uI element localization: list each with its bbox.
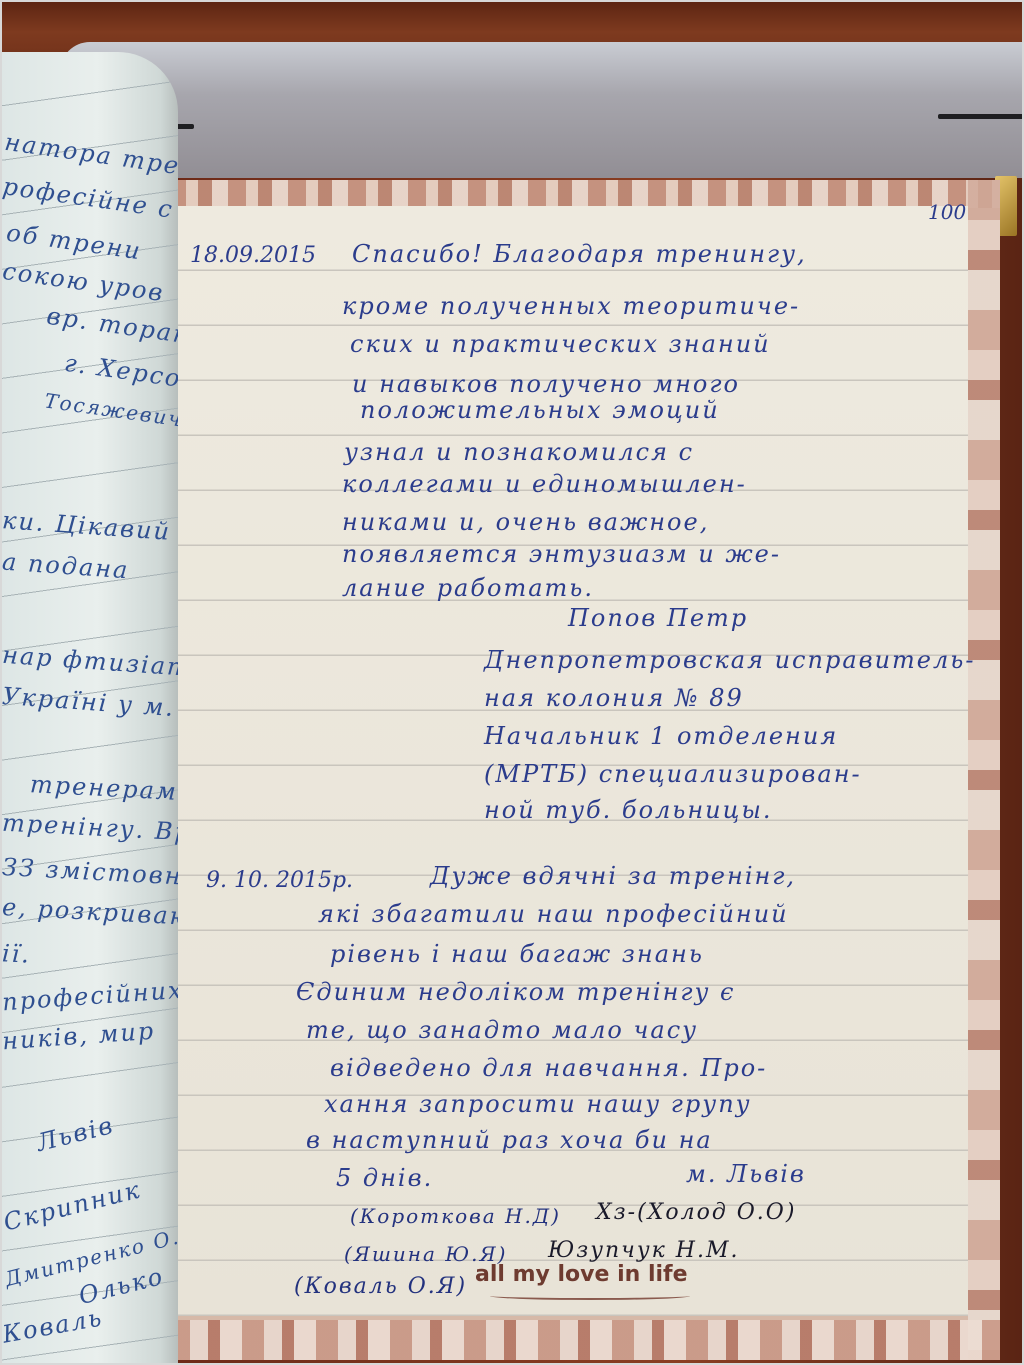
entry2-line: Єдиним недоліком тренінгу є [296, 978, 736, 1006]
entry1-line: появляется энтузиазм и же- [342, 540, 781, 568]
entry2-line: 5 днів. [336, 1164, 433, 1192]
entry1-line: положительных эмоций [360, 396, 720, 424]
left-fragment: г. Херсон [63, 349, 178, 396]
left-fragment: нар фтизіатр [1, 641, 178, 683]
entry1-line: узнал и познакомился с [344, 438, 694, 466]
entry2-city: м. Львів [686, 1160, 806, 1188]
left-fragment: ників, мир [1, 1017, 156, 1056]
entry2-line: рівень і наш багаж знань [330, 940, 704, 968]
entry2-line: в наступний раз хоча би на [306, 1126, 713, 1154]
signature: (Короткова Н.Д) [350, 1204, 561, 1228]
left-fragment: тренінгу. Вра [1, 809, 178, 848]
entry1-line: ских и практических знаний [350, 330, 771, 358]
entry1-affiliation: ной туб. больницы. [484, 796, 773, 824]
left-fragment: Коваль [0, 1303, 105, 1348]
left-fragment: Львів [34, 1111, 117, 1157]
entry1-date: 18.09.2015 [190, 243, 316, 268]
entry1-affiliation: Днепропетровская исправитель- [484, 646, 975, 674]
entry1-line: и навыков получено много [352, 370, 740, 398]
entry2-line: те, що занадто мало часу [306, 1016, 698, 1044]
left-page: натора тре рофесійне с об трени сокою ур… [0, 52, 178, 1365]
left-fragment: натора тре [3, 128, 178, 180]
left-fragment: вр. торак.-х [45, 302, 178, 355]
fabric-slot-right [938, 114, 1024, 119]
fabric-underlay [60, 42, 1024, 192]
entry2-line: Дуже вдячні за тренінг, [430, 862, 796, 890]
left-fragment: Скрипник [1, 1175, 144, 1236]
entry1-signature-name: Попов Петр [568, 604, 748, 632]
left-fragment: ЗЗ змістовні [1, 853, 178, 891]
entry1-line: никами и, очень важное, [342, 508, 709, 536]
left-fragment: а подана [1, 548, 130, 585]
page-ornament-bottom [168, 1320, 1000, 1360]
signature: Юзупчук Н.М. [548, 1238, 739, 1263]
signature: Хз-(Холод О.О) [596, 1200, 796, 1225]
motto-flourish [490, 1292, 690, 1300]
entry2-line: хання запросити нашу групу [324, 1090, 752, 1118]
left-fragment: Тосяжевич [43, 388, 178, 431]
entry1-line: лание работать. [342, 574, 594, 602]
left-fragment: тренерам [29, 770, 178, 806]
page-ornament-top [168, 180, 1000, 208]
page-number: 100 [928, 200, 966, 224]
entry1-line: кроме полученных теоритиче- [342, 292, 800, 320]
entry2-line: які збагатили наш професійний [318, 900, 789, 928]
left-fragment: рофесійне с [1, 172, 176, 224]
left-fragment: об трени [5, 219, 144, 266]
entry1-line: коллегами и единомышлен- [342, 470, 747, 498]
left-fragment: Україні у м. [1, 682, 176, 722]
entry2-date: 9. 10. 2015р. [206, 868, 353, 893]
entry1-affiliation: Начальник 1 отделения [484, 722, 838, 750]
left-fragment: сокою уров [1, 257, 166, 307]
left-fragment: ії. [1, 939, 31, 968]
entry1-line: Спасибо! Благодаря тренингу, [352, 240, 807, 268]
signature: (Коваль О.Я) [294, 1274, 467, 1299]
printed-motto: all my love in life [475, 1262, 688, 1287]
entry1-affiliation: ная колония № 89 [484, 684, 744, 712]
left-fragment: е, розкриваю [1, 893, 178, 931]
left-fragment: ки. Цікавий [1, 506, 172, 546]
page-ornament-right [968, 180, 1000, 1360]
entry2-line: відведено для навчання. Про- [330, 1054, 767, 1082]
left-fragment: професійних [1, 976, 178, 1017]
entry1-affiliation: (МРТБ) специализирован- [484, 760, 862, 788]
